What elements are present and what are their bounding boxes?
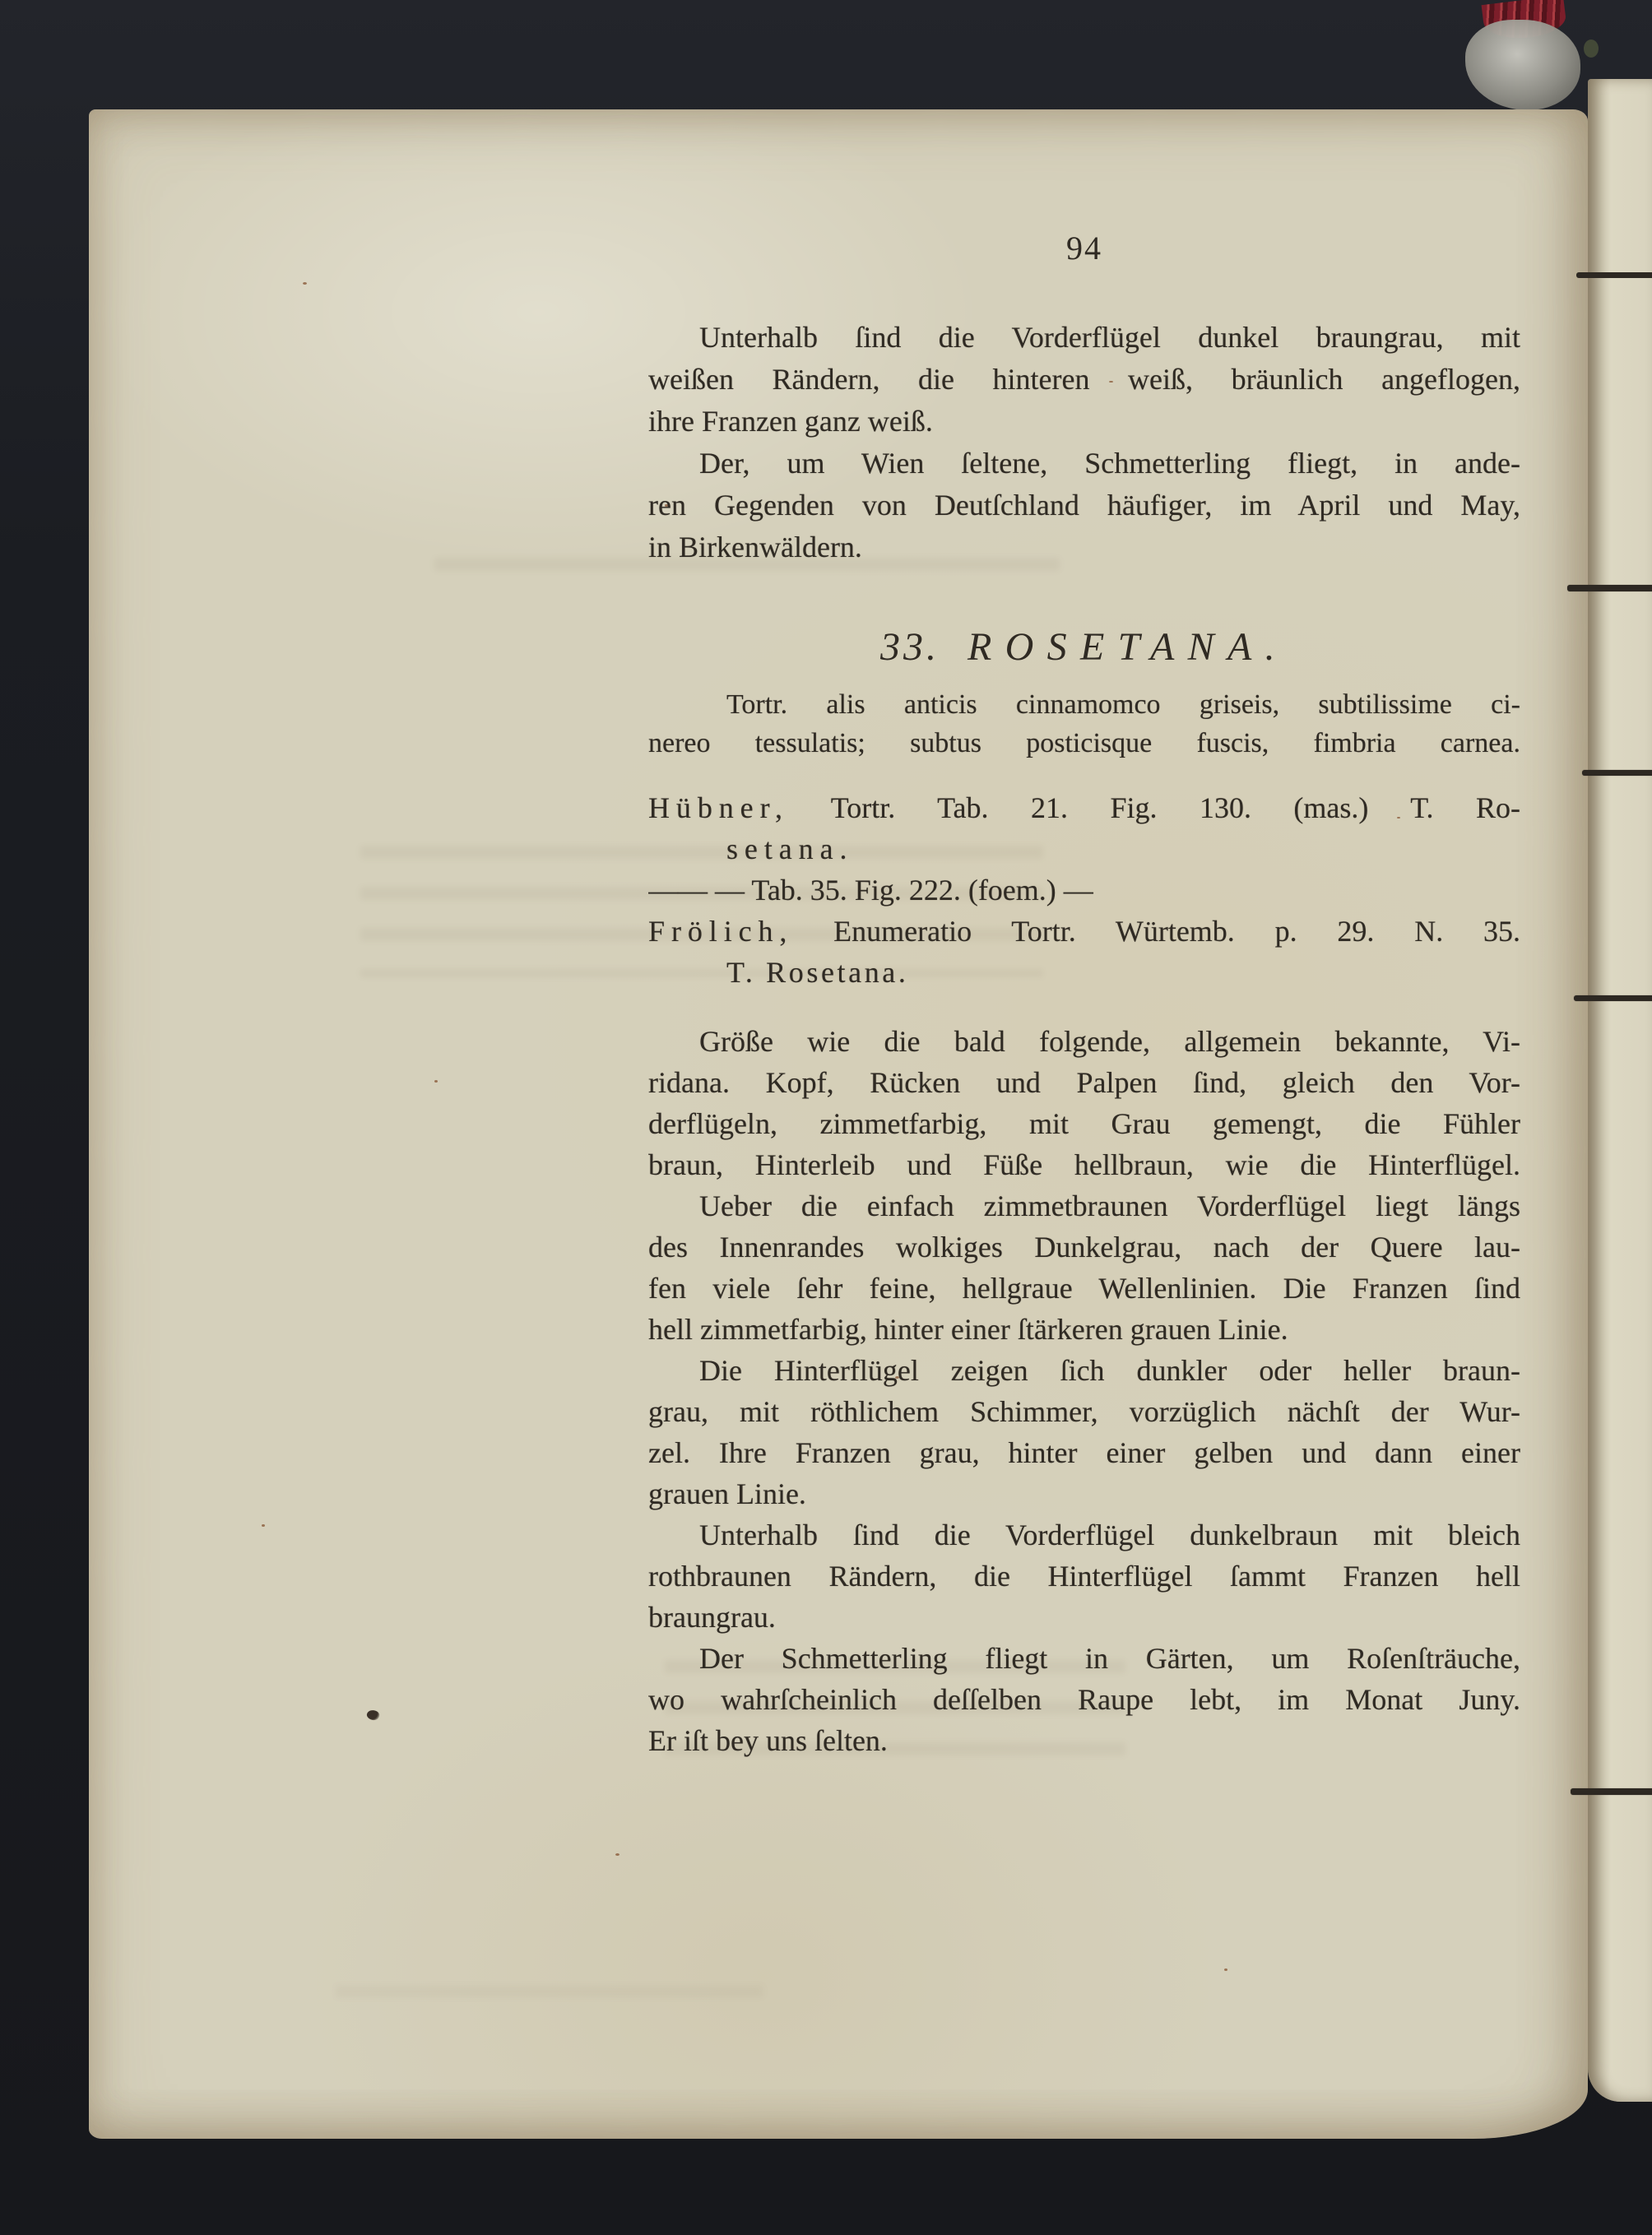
- reference-continuation: T. Rosetana.: [648, 952, 1520, 993]
- text-line: grauen Linie.: [648, 1473, 1520, 1514]
- latin-diagnosis: Tortr. alis anticis cinnamomco griseis, …: [648, 685, 1520, 763]
- end-divider-rule: [1571, 1788, 1652, 1795]
- paper-speck: [262, 1524, 265, 1527]
- text-line: ren Gegenden von Deutſchland häufiger, i…: [648, 485, 1520, 526]
- text-line: Unterhalb ſind die Vorderflügel dunkelbr…: [648, 1514, 1520, 1556]
- text-line: rothbraunen Rändern, die Hinterflügel ſa…: [648, 1556, 1520, 1597]
- ink-blot: [365, 1709, 380, 1722]
- page-number: 94: [648, 230, 1520, 267]
- text-line: Größe wie die bald folgende, allgemein b…: [648, 1021, 1520, 1062]
- text-line: Die Hinterflügel zeigen ſich dunkler ode…: [648, 1350, 1520, 1391]
- text-line: zel. Ihre Franzen grau, hinter einer gel…: [648, 1432, 1520, 1473]
- text-line: wo wahrſcheinlich deſſelben Raupe lebt, …: [648, 1679, 1520, 1720]
- paper-speck: [615, 1853, 619, 1856]
- latin-line: nereo tessulatis; subtus posticisque fus…: [648, 724, 1520, 763]
- text-line: Er iſt bey uns ſelten.: [648, 1720, 1520, 1761]
- text-line: weißen Rändern, die hinteren weiß, bräun…: [648, 359, 1520, 401]
- text-line: Unterhalb ſind die Vorderflügel dunkel b…: [648, 317, 1520, 359]
- page-number-rule: [1576, 272, 1652, 278]
- reference-citation: Tortr. Tab. 21. Fig. 130. (mas.) T. Ro-: [831, 791, 1520, 824]
- text-line: in Birkenwäldern.: [648, 526, 1520, 568]
- reference-list: Hübner, Tortr. Tab. 21. Fig. 130. (mas.)…: [648, 787, 1520, 993]
- paper-speck: [434, 1080, 438, 1083]
- species-heading: 33.ROSETANA.: [648, 624, 1520, 670]
- text-line: Der, um Wien ſeltene, Schmetterling flie…: [648, 443, 1520, 485]
- description-paragraphs: Größe wie die bald folgende, allgemein b…: [648, 1021, 1520, 1761]
- text-line: fen viele ſehr feine, hellgraue Wellenli…: [648, 1268, 1520, 1309]
- binding-fleck: [1584, 39, 1599, 58]
- intro-paragraphs: Unterhalb ſind die Vorderflügel dunkel b…: [648, 317, 1520, 568]
- latin-line: Tortr. alis anticis cinnamomco griseis, …: [648, 685, 1520, 724]
- text-line: ridana. Kopf, Rücken und Palpen ſind, gl…: [648, 1062, 1520, 1103]
- next-page-edge: [1588, 79, 1652, 2102]
- text-line: ihre Franzen ganz weiß.: [648, 401, 1520, 443]
- text-line: braun, Hinterleib und Füße hellbraun, wi…: [648, 1144, 1520, 1185]
- section-divider-rule: [1582, 770, 1652, 776]
- book-binding: [1426, 0, 1603, 115]
- text-line: Ueber die einfach zimmetbraunen Vorderfl…: [648, 1185, 1520, 1226]
- book-page: 94 Unterhalb ſind die Vorderflügel dunke…: [89, 109, 1588, 2139]
- species-heading-name: ROSETANA.: [968, 625, 1288, 669]
- section-divider-rule: [1567, 585, 1652, 591]
- text-line: des Innenrandes wolkiges Dunkelgrau, nac…: [648, 1226, 1520, 1268]
- text-line: grau, mit röthlichem Schimmer, vorzüglic…: [648, 1391, 1520, 1432]
- reference-continuation: setana.: [648, 828, 1520, 869]
- text-column: 94 Unterhalb ſind die Vorderflügel dunke…: [648, 109, 1520, 2139]
- paper-speck: [303, 282, 307, 285]
- spine-highlight: [1465, 20, 1580, 110]
- text-line: Der Schmetterling fliegt in Gärten, um R…: [648, 1638, 1520, 1679]
- text-line: hell zimmetfarbig, hinter einer ſtärkere…: [648, 1309, 1520, 1350]
- reference-author-name: Frölich,: [648, 915, 793, 948]
- reference-author-name: Hübner,: [648, 791, 789, 824]
- text-line: braungrau.: [648, 1597, 1520, 1638]
- species-heading-number: 33.: [880, 625, 940, 669]
- scan-background: 94 Unterhalb ſind die Vorderflügel dunke…: [0, 0, 1652, 2235]
- reference-froelich: Frölich, Enumeratio Tortr. Würtemb. p. 2…: [648, 911, 1520, 952]
- reference-huebner-1: Hübner, Tortr. Tab. 21. Fig. 130. (mas.)…: [648, 787, 1520, 828]
- section-divider-rule: [1574, 995, 1652, 1001]
- reference-citation: Enumeratio Tortr. Würtemb. p. 29. N. 35.: [833, 915, 1520, 948]
- reference-huebner-2: —— — Tab. 35. Fig. 222. (foem.) —: [648, 869, 1520, 911]
- text-line: derflügeln, zimmetfarbig, mit Grau gemen…: [648, 1103, 1520, 1144]
